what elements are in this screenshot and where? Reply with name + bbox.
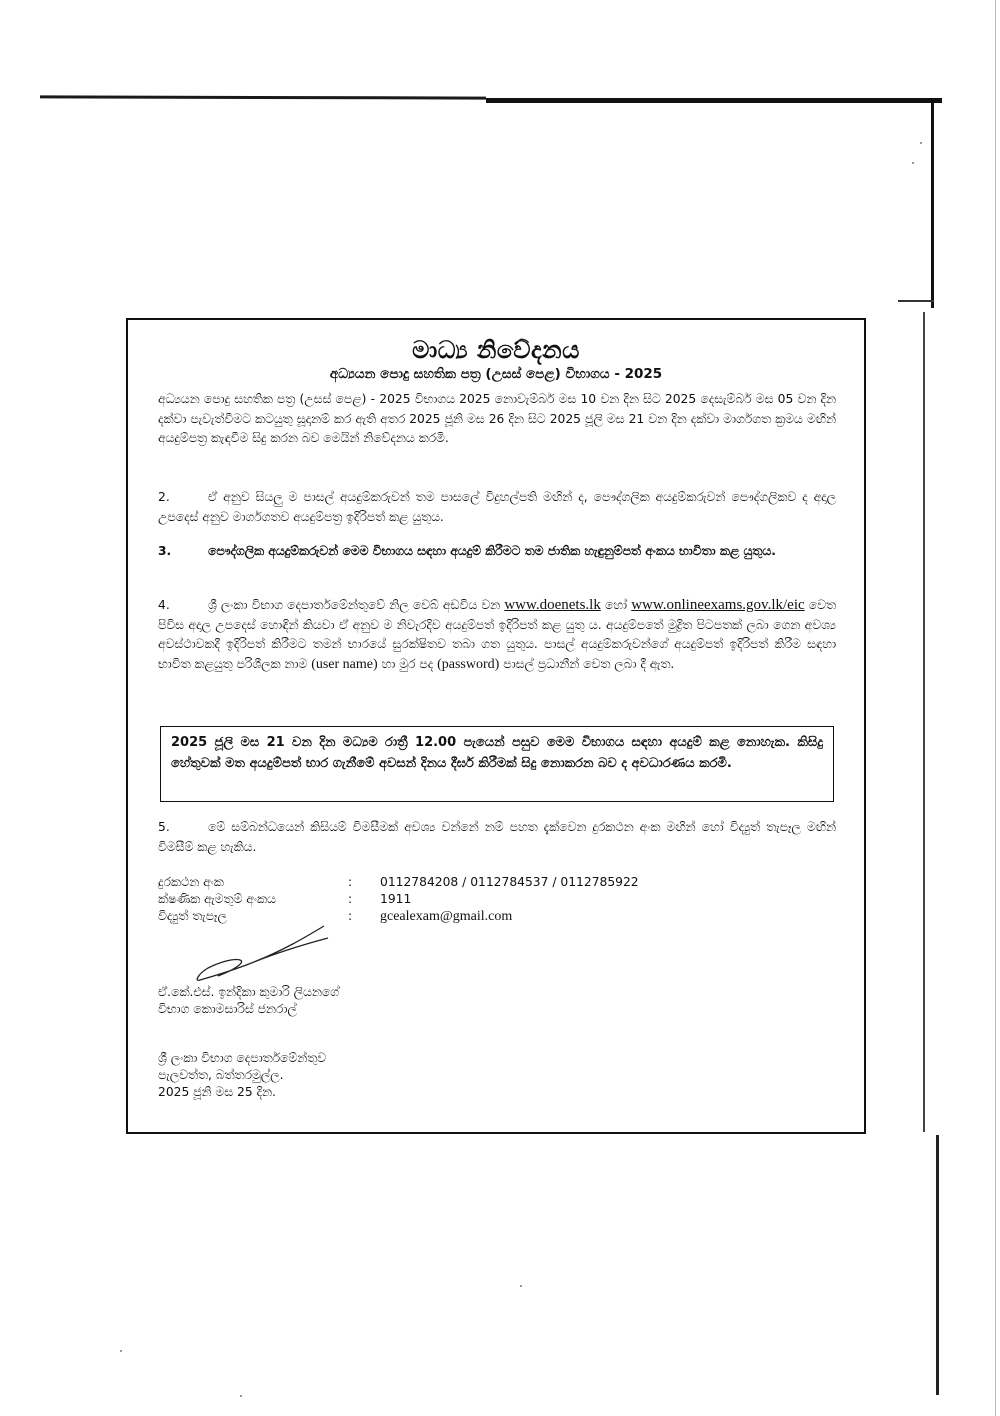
contact-label: දුරකථන අංක	[158, 874, 348, 891]
scan-edge-line	[923, 312, 925, 1132]
address-line-2: පැලවත්ත, බත්තරමුල්ල.	[158, 1067, 326, 1084]
username-term: (user name)	[311, 657, 377, 672]
paragraph-number: 2.	[158, 488, 208, 508]
media-release-box: මාධ්‍ය නිවේදනය අධ්‍යයන පොදු සහතික පත්‍ර …	[126, 318, 866, 1134]
scan-speck	[240, 1395, 242, 1397]
paragraph-number: 3.	[158, 542, 208, 562]
contact-separator: :	[348, 874, 380, 891]
paragraph-text: පාසල් ප්‍රධානීන් වෙත ලබා දී ඇත.	[503, 657, 674, 671]
paragraph-text: හා මුර පද	[382, 657, 434, 671]
password-term: (password)	[437, 657, 499, 672]
signature	[194, 924, 334, 984]
signer-name: ඒ.කේ.එස්. ඉන්දිකා කුමාරි ලියනගේ	[158, 984, 339, 1001]
paragraph-number: 5.	[158, 818, 208, 838]
paragraph-text: ශ්‍රී ලංකා විභාග දෙපාර්තමේන්තුවේ නිල වෙබ…	[208, 598, 500, 612]
scan-mark	[898, 300, 934, 302]
paragraph-2: 2.ඒ අනුව සියලු ම පාසල් අයදුම්කරුවන් තම ප…	[158, 488, 836, 527]
scan-edge-line	[936, 1135, 939, 1395]
paragraph-1: අධ්‍යයන පොදු සහතික පත්‍ර (උසස් පෙළ) - 20…	[158, 390, 836, 449]
paragraph-text: හෝ	[605, 598, 627, 612]
paragraph-3: 3.පෞද්ගලික අයදුම්කරුවන් මෙම විභාගය සඳහා …	[158, 542, 836, 562]
paragraph-4: 4.ශ්‍රී ලංකා විභාග දෙපාර්තමේන්තුවේ නිල ව…	[158, 596, 836, 674]
issue-date: 2025 ජූනි මස 25 දින.	[158, 1084, 326, 1101]
signer-block: ඒ.කේ.එස්. ඉන්දිකා කුමාරි ලියනගේ විභාග කො…	[158, 984, 339, 1018]
contact-label: ක්ෂණික ඇමතුම් අංකය	[158, 891, 348, 908]
email-address[interactable]: gcealexam@gmail.com	[380, 908, 512, 925]
paragraph-5: 5.මේ සම්බන්ධයෙන් කිසියම් විමසීමක් අවශ්‍ය…	[158, 818, 836, 857]
scan-edge-line	[486, 98, 942, 103]
paragraph-text: පෞද්ගලික අයදුම්කරුවන් මෙම විභාගය සඳහා අය…	[208, 544, 776, 558]
paragraph-text: ඒ අනුව සියලු ම පාසල් අයදුම්කරුවන් තම පාස…	[158, 490, 836, 524]
doenets-link[interactable]: www.doenets.lk	[504, 597, 601, 613]
paragraph-number: 4.	[158, 596, 208, 616]
contact-separator: :	[348, 891, 380, 908]
contact-details: දුරකථන අංක : 0112784208 / 0112784537 / 0…	[158, 874, 639, 925]
scan-edge-line	[995, 0, 996, 1416]
onlineexams-link[interactable]: www.onlineexams.gov.lk/eic	[631, 597, 804, 613]
hotline-number: 1911	[380, 891, 411, 908]
contact-row-email: විද්‍යුත් තැපෑල : gcealexam@gmail.com	[158, 908, 639, 925]
scan-speck	[120, 1350, 122, 1352]
address-block: ශ්‍රී ලංකා විභාග දෙපාර්තමේන්තුව පැලවත්ත,…	[158, 1050, 326, 1101]
scan-edge-line	[931, 98, 934, 308]
scan-speck	[520, 1285, 522, 1287]
page-subtitle: අධ්‍යයන පොදු සහතික පත්‍ර (උසස් පෙළ) විභා…	[128, 366, 864, 382]
deadline-notice-box: 2025 ජූලි මස 21 වන දින මධ්‍යම රාත්‍රී 12…	[160, 726, 834, 802]
contact-separator: :	[348, 908, 380, 925]
contact-row-phone: දුරකථන අංක : 0112784208 / 0112784537 / 0…	[158, 874, 639, 891]
signer-title: විභාග කොමසාරිස් ජනරාල්	[158, 1001, 339, 1018]
contact-row-hotline: ක්ෂණික ඇමතුම් අංකය : 1911	[158, 891, 639, 908]
address-line-1: ශ්‍රී ලංකා විභාග දෙපාර්තමේන්තුව	[158, 1050, 326, 1067]
scan-speck	[912, 162, 914, 164]
scan-edge-line	[40, 95, 486, 99]
paragraph-text: මේ සම්බන්ධයෙන් කිසියම් විමසීමක් අවශ්‍ය ව…	[158, 820, 836, 854]
scan-speck	[920, 142, 922, 144]
page-title: මාධ්‍ය නිවේදනය	[128, 336, 864, 364]
contact-label: විද්‍යුත් තැපෑල	[158, 908, 348, 925]
phone-numbers: 0112784208 / 0112784537 / 0112785922	[380, 874, 639, 891]
